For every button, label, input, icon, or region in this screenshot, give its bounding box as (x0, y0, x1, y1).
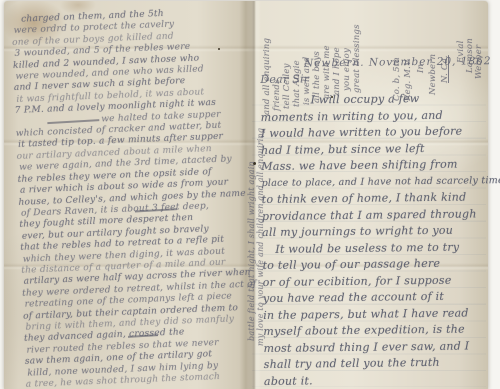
cross-writing-line: are with me (322, 45, 332, 99)
handwriting-line: most absurd thing I ever saw, and I (263, 338, 497, 357)
left-page: charged on them, and the 5th were ordrd … (11, 5, 268, 389)
margin-note-line: my love to your wife and children and al… (256, 128, 265, 346)
cross-writing-line: friends (272, 79, 282, 111)
cross-writing-line: and I hope (332, 47, 342, 95)
cross-writing-line: is well and (302, 57, 312, 105)
letter-photo: charged on them, and the 5th were ordrd … (0, 0, 500, 389)
letter-paper: charged on them, and the 5th were ordrd … (4, 1, 488, 389)
address-line: N. Ca. (440, 55, 450, 83)
address-line: Webber (474, 45, 484, 79)
cross-writing-line: all the boys (312, 51, 322, 103)
cross-writing-line: tell Celley (282, 63, 292, 109)
handwriting-line: providance that I am spared through (262, 206, 496, 225)
address-line: Newbern (428, 54, 438, 95)
address-line: Reg. M.V. (403, 58, 413, 101)
cross-writing-line: you enjoy (342, 48, 352, 91)
handwriting-line: about it. (264, 371, 498, 389)
cross-writing-line: great blessings (352, 24, 362, 93)
margin-note-line: battle field that night, I shall wright … (247, 161, 256, 341)
cross-writing-line: and all enquiring (262, 38, 272, 115)
cross-writing-line: that Augie (292, 60, 302, 107)
address-line: In (416, 64, 426, 73)
handwriting-line: I would have written to you before (261, 123, 495, 142)
address-line: Co. b, 5th (392, 57, 402, 101)
letter-body: I will occupy a few moments in writing t… (260, 90, 498, 389)
